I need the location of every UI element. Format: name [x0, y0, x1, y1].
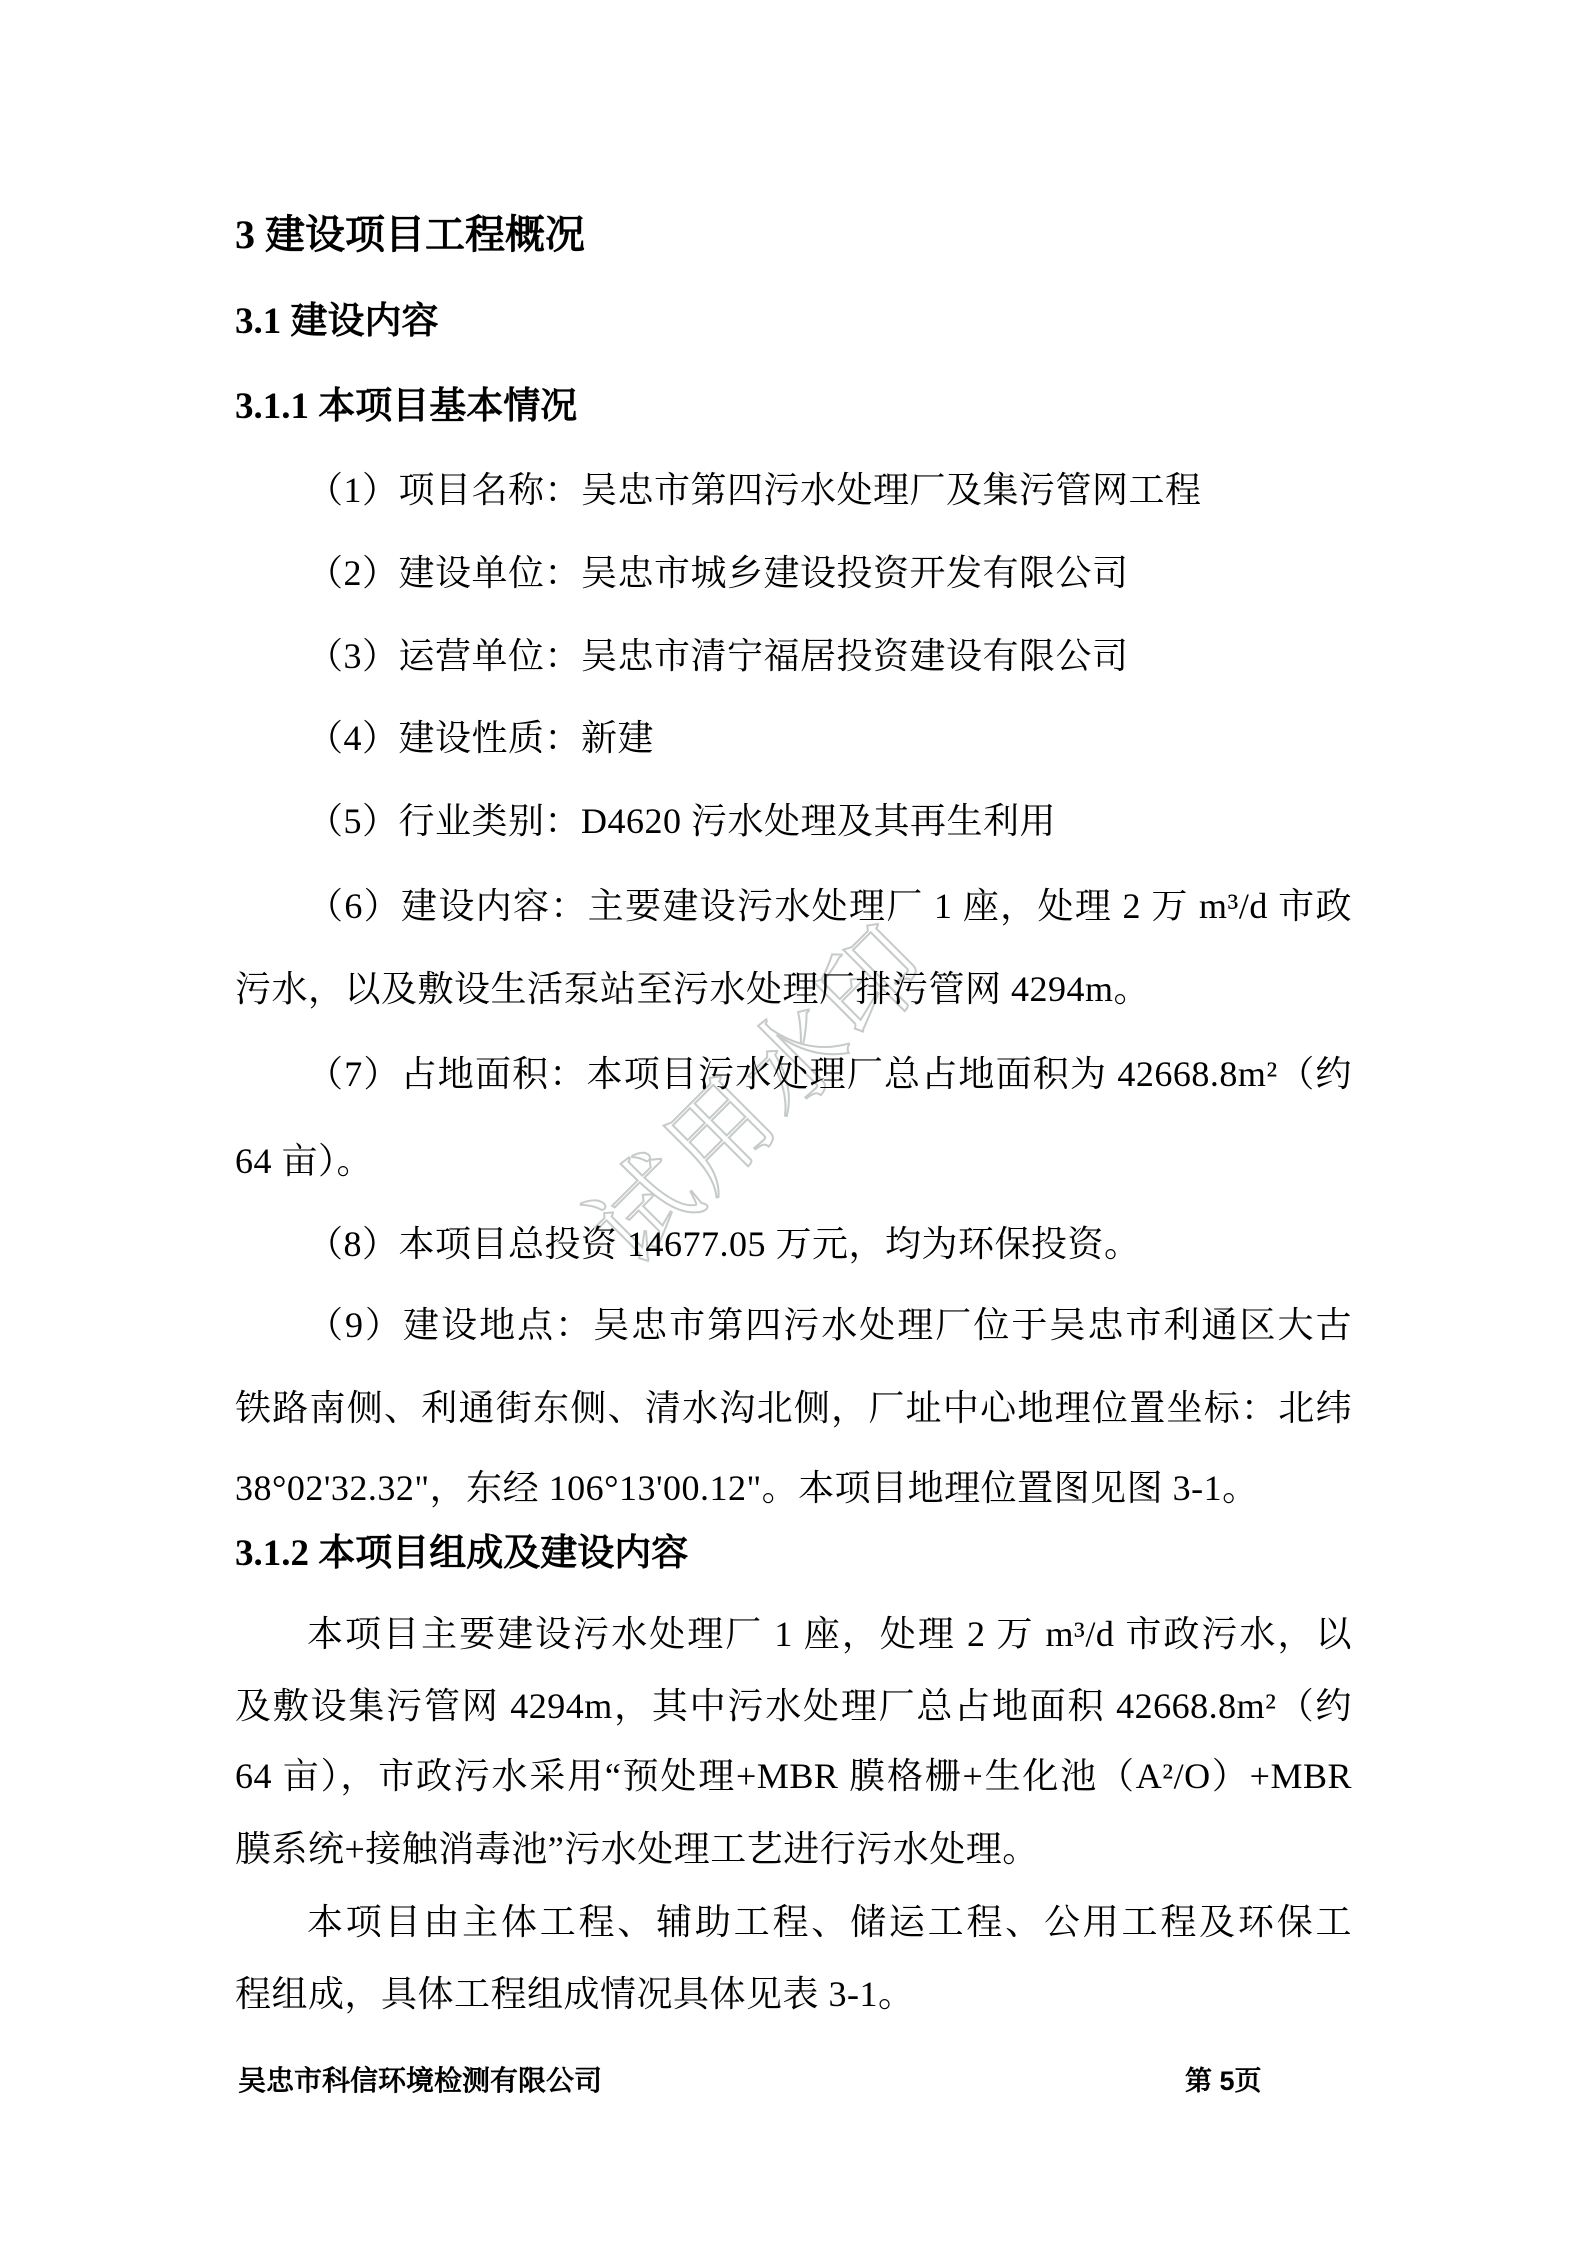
body-line-construction-unit: （2）建设单位：吴忠市城乡建设投资开发有限公司 — [235, 550, 1352, 596]
footer-page-number: 第 5页 — [1185, 2064, 1262, 2098]
chapter-heading: 3 建设项目工程概况 — [235, 211, 1352, 259]
body-line-operating-unit: （3）运营单位：吴忠市清宁福居投资建设有限公司 — [235, 633, 1352, 679]
subsection-heading-311: 3.1.1 本项目基本情况 — [235, 384, 1352, 430]
body-line-composition-6: 程组成，具体工程组成情况具体见表 3-1。 — [235, 1971, 1352, 2017]
body-line-composition-4: 膜系统+接触消毒池”污水处理工艺进行污水处理。 — [235, 1826, 1352, 1872]
body-line-location-1: （9）建设地点：吴忠市第四污水处理厂位于吴忠市利通区大古 — [235, 1302, 1352, 1348]
body-line-project-name: （1）项目名称：吴忠市第四污水处理厂及集污管网工程 — [235, 467, 1352, 513]
document-page: 试用水印 3 建设项目工程概况 3.1 建设内容 3.1.1 本项目基本情况 （… — [0, 0, 1587, 2245]
footer-company-name: 吴忠市科信环境检测有限公司 — [238, 2064, 602, 2098]
body-line-location-2: 铁路南侧、利通街东侧、清水沟北侧，厂址中心地理位置坐标：北纬 — [235, 1385, 1352, 1431]
body-line-land-area-2: 64 亩）。 — [235, 1138, 1352, 1184]
body-line-location-3: 38°02'32.32"，东经 106°13'00.12"。本项目地理位置图见图… — [235, 1465, 1352, 1511]
section-heading: 3.1 建设内容 — [235, 299, 1352, 345]
body-line-composition-3: 64 亩），市政污水采用“预处理+MBR 膜格栅+生化池（A²/O）+MBR — [235, 1753, 1352, 1799]
body-line-composition-1: 本项目主要建设污水处理厂 1 座，处理 2 万 m³/d 市政污水，以 — [235, 1611, 1352, 1657]
body-line-composition-2: 及敷设集污管网 4294m，其中污水处理厂总占地面积 42668.8m²（约 — [235, 1683, 1352, 1729]
text-layer: 3 建设项目工程概况 3.1 建设内容 3.1.1 本项目基本情况 （1）项目名… — [0, 0, 1587, 2245]
body-line-construction-content-1: （6）建设内容：主要建设污水处理厂 1 座，处理 2 万 m³/d 市政 — [235, 883, 1352, 929]
body-line-investment: （8）本项目总投资 14677.05 万元，均为环保投资。 — [235, 1221, 1352, 1267]
subsection-heading-312: 3.1.2 本项目组成及建设内容 — [235, 1531, 1352, 1577]
body-line-construction-nature: （4）建设性质：新建 — [235, 715, 1352, 761]
body-line-composition-5: 本项目由主体工程、辅助工程、储运工程、公用工程及环保工 — [235, 1899, 1352, 1945]
body-line-land-area-1: （7）占地面积：本项目污水处理厂总占地面积为 42668.8m²（约 — [235, 1051, 1352, 1097]
body-line-construction-content-2: 污水，以及敷设生活泵站至污水处理厂排污管网 4294m。 — [235, 966, 1352, 1012]
body-line-industry-category: （5）行业类别：D4620 污水处理及其再生利用 — [235, 798, 1352, 844]
